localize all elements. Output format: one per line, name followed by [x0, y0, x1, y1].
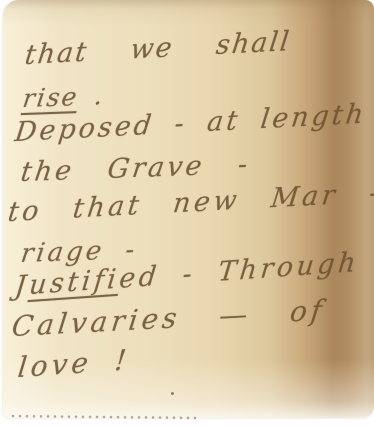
screenshot-root: that we shall rise. Deposed - at length … — [0, 0, 374, 428]
manuscript-line-8: Calvaries — of — [10, 293, 328, 343]
handwritten-text: love ! — [16, 343, 132, 384]
handwritten-text: Calvaries — of — [10, 293, 328, 343]
underlined-text: ustifi — [28, 264, 121, 302]
underlined-text: rise — [21, 82, 81, 113]
ink-speck — [171, 392, 174, 395]
deckle-edge-speckles — [11, 413, 196, 421]
manuscript-line-9: love ! — [16, 343, 132, 384]
handwritten-text: that we shall — [23, 26, 293, 71]
handwritten-text: the Grave - — [19, 149, 253, 188]
manuscript-page: that we shall rise. Deposed - at length … — [3, 0, 374, 418]
handwritten-text: ed - Through — [118, 247, 361, 295]
handwritten-text: . — [92, 81, 106, 111]
manuscript-line-4: the Grave - — [19, 149, 253, 188]
manuscript-line-2: rise. — [21, 81, 107, 113]
manuscript-line-1: that we shall — [23, 26, 293, 71]
